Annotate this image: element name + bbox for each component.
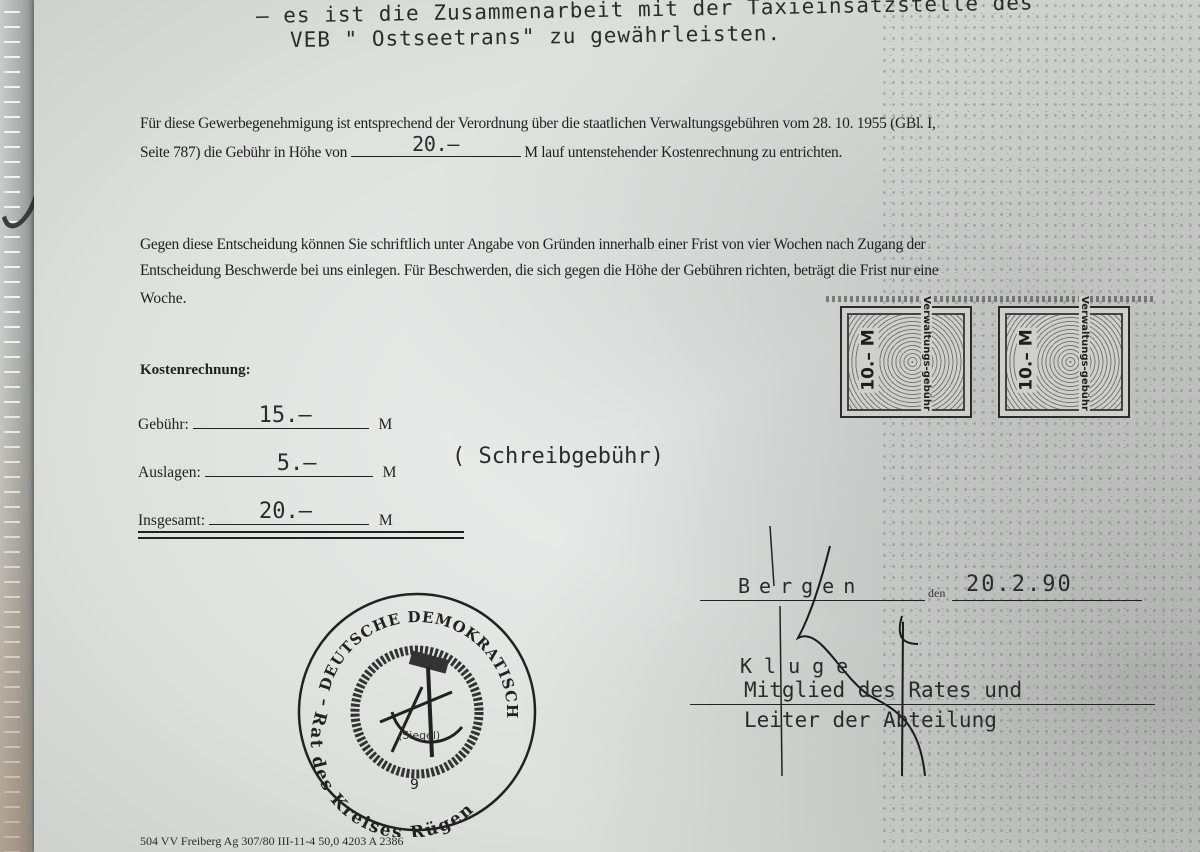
fee-notice-prefix: Seite 787) die Gebühr in Höhe von — [140, 144, 347, 161]
fee-amount-field: 20.– — [351, 140, 521, 157]
signature-line — [690, 704, 1155, 705]
cost-value: 5.– — [277, 451, 317, 476]
stamp-denomination: 10.– M — [859, 327, 879, 392]
cost-row-expenses: Auslagen: 5.– M — [138, 458, 396, 482]
svg-text:9: 9 — [410, 777, 419, 793]
signatory-position-1: Mitglied des Rates und — [744, 678, 1022, 702]
appeal-notice-line-1: Gegen diese Entscheidung können Sie schr… — [140, 236, 925, 254]
appeal-notice-line-2: Entscheidung Beschwerde bei uns einlegen… — [140, 262, 938, 280]
revenue-stamp: 10.– M Verwaltungs-gebühr — [840, 306, 972, 418]
cost-field: 15.– — [193, 410, 369, 429]
cost-note: ( Schreibgebühr) — [452, 444, 664, 469]
cost-field: 20.– — [209, 506, 369, 525]
cost-row-total: Insgesamt: 20.– M — [138, 506, 393, 530]
background-surface — [0, 332, 30, 852]
appeal-notice-line-3: Woche. — [140, 290, 187, 308]
form-footer: 504 VV Freiberg Ag 307/80 III-11-4 50,0 … — [140, 834, 404, 849]
stamp-text: Verwaltungs-gebühr — [921, 296, 932, 411]
revenue-stamp: 10.– M Verwaltungs-gebühr — [998, 306, 1130, 418]
cost-value: 20.– — [259, 499, 312, 524]
fee-notice-line-2: Seite 787) die Gebühr in Höhe von 20.– M… — [140, 140, 842, 162]
cost-label: Auslagen: — [138, 464, 201, 482]
cost-field: 5.– — [205, 458, 373, 477]
stamp-denomination: 10.– M — [1017, 327, 1037, 392]
cost-unit: M — [383, 464, 397, 481]
cost-unit: M — [379, 512, 393, 529]
total-double-underline — [138, 531, 464, 539]
revenue-stamps: 10.– M Verwaltungs-gebühr 10.– M Verwalt… — [826, 296, 1156, 420]
stamp-text: Verwaltungs-gebühr — [1079, 296, 1090, 411]
cost-value: 15.– — [259, 403, 312, 428]
gdr-emblem-icon: – DEUTSCHE DEMOKRATISCHE REPUBLIK – Rat … — [292, 587, 542, 837]
cost-statement-title: Kostenrechnung: — [140, 362, 251, 379]
ruler — [0, 0, 34, 852]
cost-label: Insgesamt: — [138, 512, 205, 530]
perforation — [826, 296, 1156, 302]
svg-text:(Siegel): (Siegel) — [398, 729, 440, 742]
fee-notice-suffix: M lauf untenstehender Kostenrechnung zu … — [524, 144, 842, 161]
cost-row-fee: Gebühr: 15.– M — [138, 410, 392, 434]
signatory-position-2: Leiter der Abteilung — [744, 708, 997, 732]
fee-notice-line-1: Für diese Gewerbegenehmigung ist entspre… — [140, 115, 936, 133]
cost-label: Gebühr: — [138, 416, 189, 434]
official-seal: – DEUTSCHE DEMOKRATISCHE REPUBLIK – Rat … — [292, 587, 542, 837]
handwritten-signature — [690, 526, 1160, 776]
signatory-name: Kluge — [740, 654, 860, 678]
cost-unit: M — [379, 416, 393, 433]
fee-amount: 20.– — [351, 132, 521, 156]
signature-block: Bergen den 20.2.90 Kluge Mitglied des Ra… — [690, 566, 1150, 766]
